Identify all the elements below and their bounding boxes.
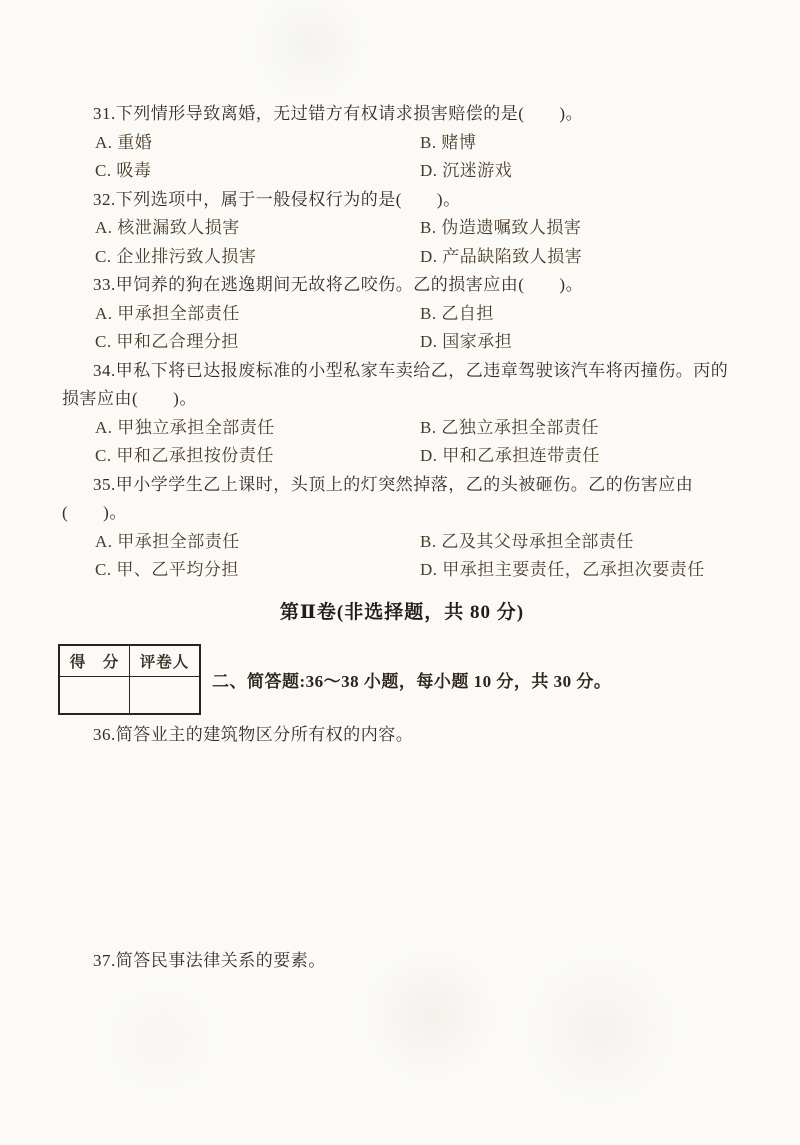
question-35: 35.甲小学学生乙上课时，头顶上的灯突然掉落，乙的头被砸伤。乙的伤害应由( )。… <box>62 471 742 585</box>
question-34-option-a: A. 甲独立承担全部责任 <box>95 414 420 443</box>
question-34-options-row-1: A. 甲独立承担全部责任 B. 乙独立承担全部责任 <box>62 414 742 443</box>
question-33-options-row-2: C. 甲和乙合理分担 D. 国家承担 <box>62 328 742 357</box>
question-34-options-row-2: C. 甲和乙承担按份责任 D. 甲和乙承担连带责任 <box>62 442 742 471</box>
question-33-option-c: C. 甲和乙合理分担 <box>95 328 420 357</box>
question-35-option-c: C. 甲、乙平均分担 <box>95 556 420 585</box>
question-31-options-row-2: C. 吸毒 D. 沉迷游戏 <box>62 157 742 186</box>
question-33-stem: 33.甲饲养的狗在逃逸期间无故将乙咬伤。乙的损害应由( )。 <box>62 271 742 300</box>
question-34-option-d: D. 甲和乙承担连带责任 <box>420 442 742 471</box>
question-37-stem: 37.简答民事法律关系的要素。 <box>62 947 742 976</box>
question-35-option-d: D. 甲承担主要责任，乙承担次要责任 <box>420 556 742 585</box>
question-34-option-c: C. 甲和乙承担按份责任 <box>95 442 420 471</box>
question-31: 31.下列情形导致离婚，无过错方有权请求损害赔偿的是( )。 A. 重婚 B. … <box>62 100 742 186</box>
question-33-options-row-1: A. 甲承担全部责任 B. 乙自担 <box>62 300 742 329</box>
question-35-options-row-2: C. 甲、乙平均分担 D. 甲承担主要责任，乙承担次要责任 <box>62 556 742 585</box>
part2-title: 第Ⅱ卷(非选择题，共 80 分) <box>62 599 742 627</box>
question-35-option-b: B. 乙及其父母承担全部责任 <box>420 528 742 557</box>
question-36-stem: 36.简答业主的建筑物区分所有权的内容。 <box>62 721 742 750</box>
question-32-option-d: D. 产品缺陷致人损害 <box>420 243 742 272</box>
question-32-option-c: C. 企业排污致人损害 <box>95 243 420 272</box>
question-33-option-a: A. 甲承担全部责任 <box>95 300 420 329</box>
question-31-option-b: B. 赌博 <box>420 129 742 158</box>
question-31-option-c: C. 吸毒 <box>95 157 420 186</box>
question-32: 32.下列选项中，属于一般侵权行为的是( )。 A. 核泄漏致人损害 B. 伪造… <box>62 186 742 272</box>
question-35-options-row-1: A. 甲承担全部责任 B. 乙及其父母承担全部责任 <box>62 528 742 557</box>
question-33: 33.甲饲养的狗在逃逸期间无故将乙咬伤。乙的损害应由( )。 A. 甲承担全部责… <box>62 271 742 357</box>
question-33-option-b: B. 乙自担 <box>420 300 742 329</box>
score-table-header-row: 得 分 评卷人 <box>59 645 200 677</box>
question-32-stem: 32.下列选项中，属于一般侵权行为的是( )。 <box>62 186 742 215</box>
question-32-option-b: B. 伪造遗嘱致人损害 <box>420 214 742 243</box>
question-31-option-a: A. 重婚 <box>95 129 420 158</box>
question-35-option-a: A. 甲承担全部责任 <box>95 528 420 557</box>
question-31-stem: 31.下列情形导致离婚，无过错方有权请求损害赔偿的是( )。 <box>62 100 742 129</box>
section2-header-row: 得 分 评卷人 二、简答题:36～38 小题，每小题 10 分，共 30 分。 <box>58 644 742 715</box>
question-31-options-row-1: A. 重婚 B. 赌博 <box>62 129 742 158</box>
score-table-grader-label: 评卷人 <box>130 645 201 677</box>
score-table-score-label: 得 分 <box>59 645 130 677</box>
score-table-empty-row <box>59 676 200 714</box>
question-32-options-row-1: A. 核泄漏致人损害 B. 伪造遗嘱致人损害 <box>62 214 742 243</box>
short-answer-section-heading: 二、简答题:36～38 小题，每小题 10 分，共 30 分。 <box>212 668 611 696</box>
question-31-option-d: D. 沉迷游戏 <box>420 157 742 186</box>
question-35-stem: 35.甲小学学生乙上课时，头顶上的灯突然掉落，乙的头被砸伤。乙的伤害应由( )。 <box>62 471 742 528</box>
score-table-grader-cell <box>130 676 201 714</box>
score-table-score-cell <box>59 676 130 714</box>
exam-paper-page: 31.下列情形导致离婚，无过错方有权请求损害赔偿的是( )。 A. 重婚 B. … <box>0 0 800 1145</box>
question-32-option-a: A. 核泄漏致人损害 <box>95 214 420 243</box>
question-34: 34.甲私下将已达报废标准的小型私家车卖给乙，乙违章驾驶该汽车将丙撞伤。丙的损害… <box>62 357 742 471</box>
question-32-options-row-2: C. 企业排污致人损害 D. 产品缺陷致人损害 <box>62 243 742 272</box>
question-34-stem: 34.甲私下将已达报废标准的小型私家车卖给乙，乙违章驾驶该汽车将丙撞伤。丙的损害… <box>62 357 742 414</box>
question-34-option-b: B. 乙独立承担全部责任 <box>420 414 742 443</box>
score-table: 得 分 评卷人 <box>58 644 201 715</box>
question-33-option-d: D. 国家承担 <box>420 328 742 357</box>
